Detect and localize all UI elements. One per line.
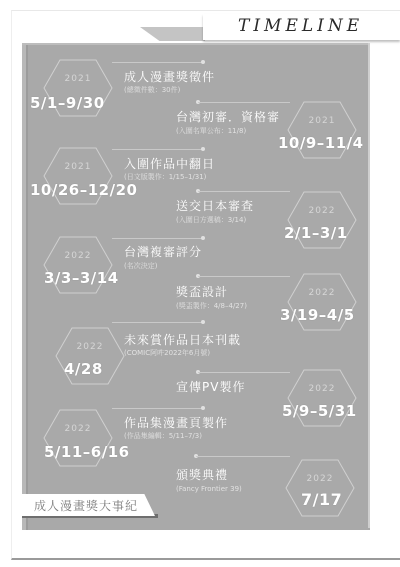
panel-edge [368,43,370,528]
footer-label: 成人漫畫獎大事紀 [34,497,138,514]
year-label: 2022 [42,424,114,434]
event-subtitle: (入圍名單公布：11/8) [176,126,246,136]
event-date: 5/9–5/31 [282,402,357,420]
event-title: 宣傳PV製作 [176,378,245,395]
year-hexagon: 2022 [284,458,356,518]
connector-line [198,372,290,373]
event-date: 10/9–11/4 [278,134,364,152]
event-date: 7/17 [301,490,342,509]
year-label: 2022 [42,251,114,261]
event-title: 台灣初審．資格審 [176,108,280,125]
connector-dot [201,406,205,410]
connector-line [198,191,290,192]
year-label: 2022 [284,474,356,484]
event-subtitle: (日文版製作：1/15–1/31) [124,172,206,182]
connector-line [112,62,202,63]
year-label: 2022 [286,206,358,216]
connector-line [112,408,202,409]
connector-line [112,149,202,150]
event-subtitle: (作品集編輯：5/11–7/3) [124,431,202,441]
event-subtitle: (COMIC阿吽2022年6月號) [124,348,210,358]
event-subtitle: (Fancy Frontier 39) [176,485,242,493]
year-label: 2021 [42,74,114,84]
event-title: 獎盃設計 [176,283,228,300]
event-title: 作品集漫畫頁製作 [124,414,228,431]
hexagon-icon [284,458,356,518]
event-subtitle: (獎盃製作：4/8–4/27) [176,301,247,311]
connector-line [196,456,290,457]
page-title: TIMELINE [238,16,363,36]
year-label: 2022 [286,384,358,394]
event-date: 5/11–6/16 [44,443,130,461]
connector-line [112,238,202,239]
connector-line [198,102,290,103]
event-date: 3/19–4/5 [280,306,355,324]
event-date: 5/1–9/30 [30,94,105,112]
connector-dot [201,60,205,64]
year-label: 2022 [54,342,126,352]
event-title: 台灣複審評分 [124,243,202,260]
connector-dot [201,320,205,324]
connector-line [112,322,202,323]
event-date: 10/26–12/20 [30,181,137,199]
event-title: 頒獎典禮 [176,466,228,483]
connector-line [198,276,290,277]
event-subtitle: (總徵件數：30件) [124,85,180,95]
event-date: 2/1–3/1 [284,224,348,242]
event-subtitle: (名次決定) [124,261,157,271]
event-subtitle: (入圍日方選稿：3/14) [176,215,246,225]
year-label: 2021 [286,116,358,126]
event-title: 送交日本審查 [176,197,254,214]
connector-dot [201,236,205,240]
year-label: 2021 [42,162,114,172]
event-title: 入圍作品中翻日 [124,155,215,172]
connector-dot [201,147,205,151]
year-label: 2022 [286,288,358,298]
event-title: 成人漫畫獎徵件 [124,68,215,85]
event-date: 4/28 [64,360,103,378]
event-date: 3/3–3/14 [44,269,119,287]
event-title: 未來賞作品日本刊載 [124,331,241,348]
